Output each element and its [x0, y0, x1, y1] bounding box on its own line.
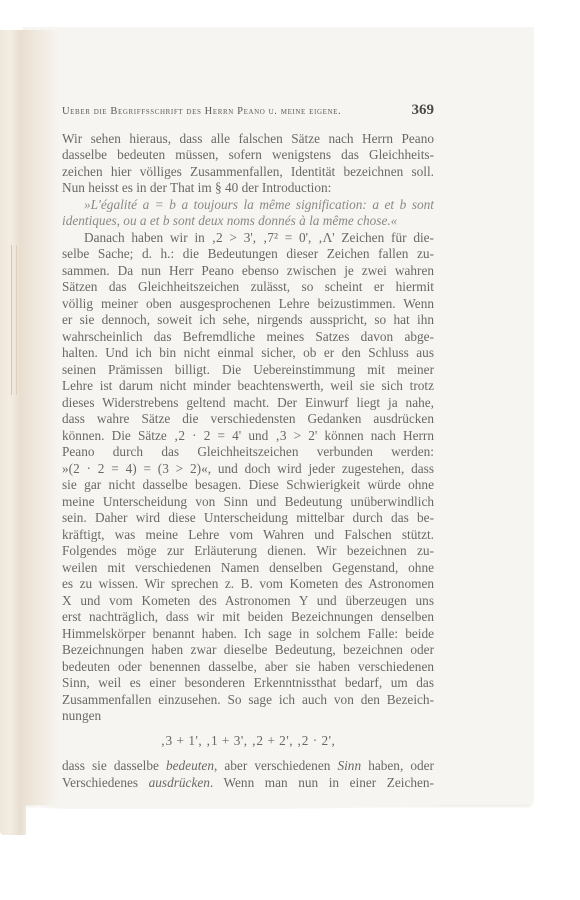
text-line: dass sie dasselbe bedeuten, aber verschi… — [62, 758, 434, 775]
text-run: Verschiedenes — [62, 775, 149, 790]
text-line: halten. Und ich bin nicht einmal sicher,… — [62, 345, 434, 362]
text-line: »(2 · 2 = 4) = (3 > 2)«, und doch wird j… — [62, 461, 434, 478]
text-line: sie gar nicht dasselbe besagen. Diese Sc… — [62, 477, 434, 494]
text-line: Verschiedenes ausdrücken. Wenn man nun i… — [62, 775, 434, 792]
quotation: »L'égalité a = b a toujours la même sign… — [62, 197, 434, 230]
paragraph-2: Danach haben wir in ‚2 > 3', ‚7² = 0', ‚… — [62, 230, 434, 725]
text-line: Sinn, weil es einer besonderen Erkenntni… — [62, 675, 434, 692]
text-line: Wir sehen hieraus, dass alle falschen Sä… — [62, 131, 434, 148]
text-run: dass sie dasselbe — [62, 758, 166, 773]
text-line: Himmelskörper benannt haben. Ich sage in… — [62, 626, 434, 643]
text-line: Peano durch das Gleichheitszeichen verbu… — [62, 444, 434, 461]
emphasis-sinn: Sinn — [337, 758, 361, 773]
text-line: sammen. Da nun Herr Peano ebenso zwische… — [62, 263, 434, 280]
text-line: es zu wissen. Wir sprechen z. B. vom Kom… — [62, 576, 434, 593]
quote-line: »L'égalité a = b a toujours la même sign… — [62, 197, 434, 214]
text-line: Danach haben wir in ‚2 > 3', ‚7² = 0', ‚… — [62, 230, 434, 247]
binding-thread — [11, 245, 17, 395]
text-line: Zusammenfallen einzusehen. So sage ich a… — [62, 692, 434, 709]
text-line: bedeuten oder benennen dasselbe, aber si… — [62, 659, 434, 676]
text-line: X und vom Kometen des Astronomen Y und ü… — [62, 593, 434, 610]
text-run: haben, oder — [361, 758, 434, 773]
text-line: seinen Prämissen billigt. Die Uebereinst… — [62, 362, 434, 379]
page-curl — [26, 795, 534, 809]
paragraph-1: Wir sehen hieraus, dass alle falschen Sä… — [62, 131, 434, 197]
text-line: wahrscheinlich das Befremdliche meines S… — [62, 329, 434, 346]
running-title: Ueber die Begriffsschrift des Herrn Pean… — [62, 104, 341, 121]
text-line: Nun heisst es in der That im § 40 der In… — [62, 180, 434, 197]
page-number: 369 — [412, 102, 435, 119]
text-line: nungen — [62, 708, 434, 725]
text-line: weilen mit verschiedenen Namen denselben… — [62, 560, 434, 577]
text-line: dasselbe bedeuten müssen, sofern wenigst… — [62, 147, 434, 164]
text-line: dieses Widerstrebens geltend macht. Der … — [62, 395, 434, 412]
text-line: Sätzen das Gleichheitszeichen zulässt, s… — [62, 279, 434, 296]
text-line: Lehre ist darum nicht minder beachtenswe… — [62, 378, 434, 395]
text-line: zeichen hier völliges Zusammenfallen, Id… — [62, 164, 434, 181]
text-line: dass wahre Sätze die verschiedensten Ged… — [62, 411, 434, 428]
quote-line: identiques, ou a et b sont deux noms don… — [62, 213, 434, 230]
paragraph-3: dass sie dasselbe bedeuten, aber verschi… — [62, 758, 434, 791]
text-line: erst nachträglich, dass wir mit beiden B… — [62, 609, 434, 626]
text-line: er sie dennoch, soweit ich sehe, nirgend… — [62, 312, 434, 329]
emphasis-ausdruecken: ausdrücken — [149, 775, 210, 790]
text-run: , aber verschiedenen — [214, 758, 338, 773]
gutter-shadow — [20, 30, 60, 805]
text-line: meine Unterscheidung von Sinn und Bedeut… — [62, 494, 434, 511]
text-line: völlig meiner oben ausgesprochenen Lehre… — [62, 296, 434, 313]
text-line: sein. Daher wird diese Unterscheidung mi… — [62, 510, 434, 527]
text-line: kräftigt, was meine Lehre vom Wahren und… — [62, 527, 434, 544]
text-line: selbe Sache; d. h.: die Bedeutungen dies… — [62, 246, 434, 263]
text-line: können. Die Sätze ‚2 · 2 = 4' und ‚3 > 2… — [62, 428, 434, 445]
text-line: Bezeichnungen haben zwar dieselbe Bedeut… — [62, 642, 434, 659]
text-line: Folgendes möge zur Erläuterung dienen. W… — [62, 543, 434, 560]
page-text: Ueber die Begriffsschrift des Herrn Pean… — [62, 102, 434, 791]
running-head: Ueber die Begriffsschrift des Herrn Pean… — [62, 102, 434, 121]
emphasis-bedeuten: bedeuten — [166, 758, 214, 773]
display-formula: ‚3 + 1', ‚1 + 3', ‚2 + 2', ‚2 · 2', — [62, 725, 434, 759]
text-run: . Wenn man nun in einer Zeichen- — [210, 775, 434, 790]
